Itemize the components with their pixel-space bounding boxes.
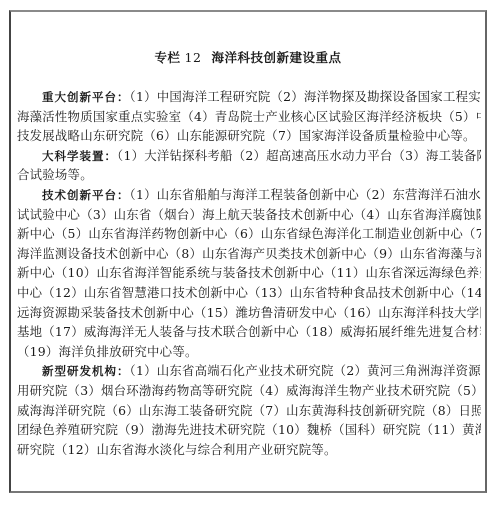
paragraph-line: 技术创新平台：（1）山东省船舶与海洋工程装备创新中心（2）东营海洋石油水下装备测	[17, 185, 481, 205]
section-major-platforms: 重大创新平台：（1）中国海洋工程研究院（2）海洋物探及勘探设备国家工程实验室（3…	[17, 87, 481, 146]
paragraph-line: 海藻活性物质国家重点实验室（4）青岛院士产业核心区试验区海洋经济板块（5）中国工…	[17, 107, 481, 127]
paragraph-line: 试试验中心（3）山东省（烟台）海上航天装备技术创新中心（4）山东省海洋腐蚀防护技…	[17, 205, 481, 225]
section-lead: 技术创新平台：	[42, 188, 130, 202]
box-title: 专栏12海洋科技创新建设重点	[11, 48, 485, 66]
paragraph-line: 团绿色养殖研究院（9）渤海先进技术研究院（10）魏桥（国科）研究院（11）黄海科…	[17, 420, 481, 440]
paragraph-line: 海洋监测设备技术创新中心（8）山东省海产贝类技术创新中心（9）山东省海藻与海参技…	[17, 244, 481, 264]
title-number: 12	[185, 50, 202, 65]
paragraph-line: 威海海洋研究院（6）山东海工装备研究院（7）山东黄海科技创新研究院（8）日照黄海…	[17, 401, 481, 421]
paragraph-line: 新中心（5）山东省海洋药物创新中心（6）山东省绿色海洋化工制造业创新中心（7）山…	[17, 224, 481, 244]
section-lead: 新型研发机构：	[42, 364, 130, 378]
paragraph-line: 大科学装置：（1）大洋钻探科考船（2）超高速高压水动力平台（3）海工装备陆海联调…	[17, 146, 481, 166]
title-text: 海洋科技创新建设重点	[211, 50, 341, 65]
title-prefix: 专栏	[155, 50, 181, 65]
section-lead: 大科学装置：	[42, 149, 117, 163]
paragraph-line: 新型研发机构：（1）山东省高端石化产业技术研究院（2）黄河三角洲海洋资源保护与利	[17, 361, 481, 381]
paragraph-line: 新中心（10）山东省海洋智能系统与装备技术创新中心（11）山东省深远海绿色养殖技…	[17, 263, 481, 283]
paragraph-line: 基地（17）威海海洋无人装备与技术联合创新中心（18）威海拓展纤维先进复合材料研…	[17, 322, 481, 342]
paragraph-line: 用研究院（3）烟台环渤海药物高等研究院（4）威海海洋生物产业技术研究院（5）北京…	[17, 381, 481, 401]
box-body: 重大创新平台：（1）中国海洋工程研究院（2）海洋物探及勘探设备国家工程实验室（3…	[17, 87, 481, 459]
paragraph-line: （19）海洋负排放研究中心等。	[17, 342, 481, 362]
feature-box: 专栏12海洋科技创新建设重点 重大创新平台：（1）中国海洋工程研究院（2）海洋物…	[9, 10, 487, 493]
paragraph-line: 中心（12）山东省智慧港口技术创新中心（13）山东省特种食品技术创新中心（14）…	[17, 283, 481, 303]
section-tech-innovation-platforms: 技术创新平台：（1）山东省船舶与海洋工程装备创新中心（2）东营海洋石油水下装备测…	[17, 185, 481, 361]
section-lead: 重大创新平台：	[42, 90, 130, 104]
section-new-rd-institutions: 新型研发机构：（1）山东省高端石化产业技术研究院（2）黄河三角洲海洋资源保护与利…	[17, 361, 481, 459]
paragraph-line: 技发展战略山东研究院（6）山东能源研究院（7）国家海洋设备质量检验中心等。	[17, 126, 481, 146]
paragraph-line: 合试验场等。	[17, 165, 481, 185]
paragraph-line: 重大创新平台：（1）中国海洋工程研究院（2）海洋物探及勘探设备国家工程实验室（3…	[17, 87, 481, 107]
section-big-science-facilities: 大科学装置：（1）大洋钻探科考船（2）超高速高压水动力平台（3）海工装备陆海联调…	[17, 146, 481, 185]
paragraph-line: 远海资源勘采装备技术创新中心（15）潍坊鲁清研发中心（16）山东海洋科技大学园公…	[17, 303, 481, 323]
paragraph-line: 研究院（12）山东省海水淡化与综合利用产业研究院等。	[17, 440, 481, 460]
